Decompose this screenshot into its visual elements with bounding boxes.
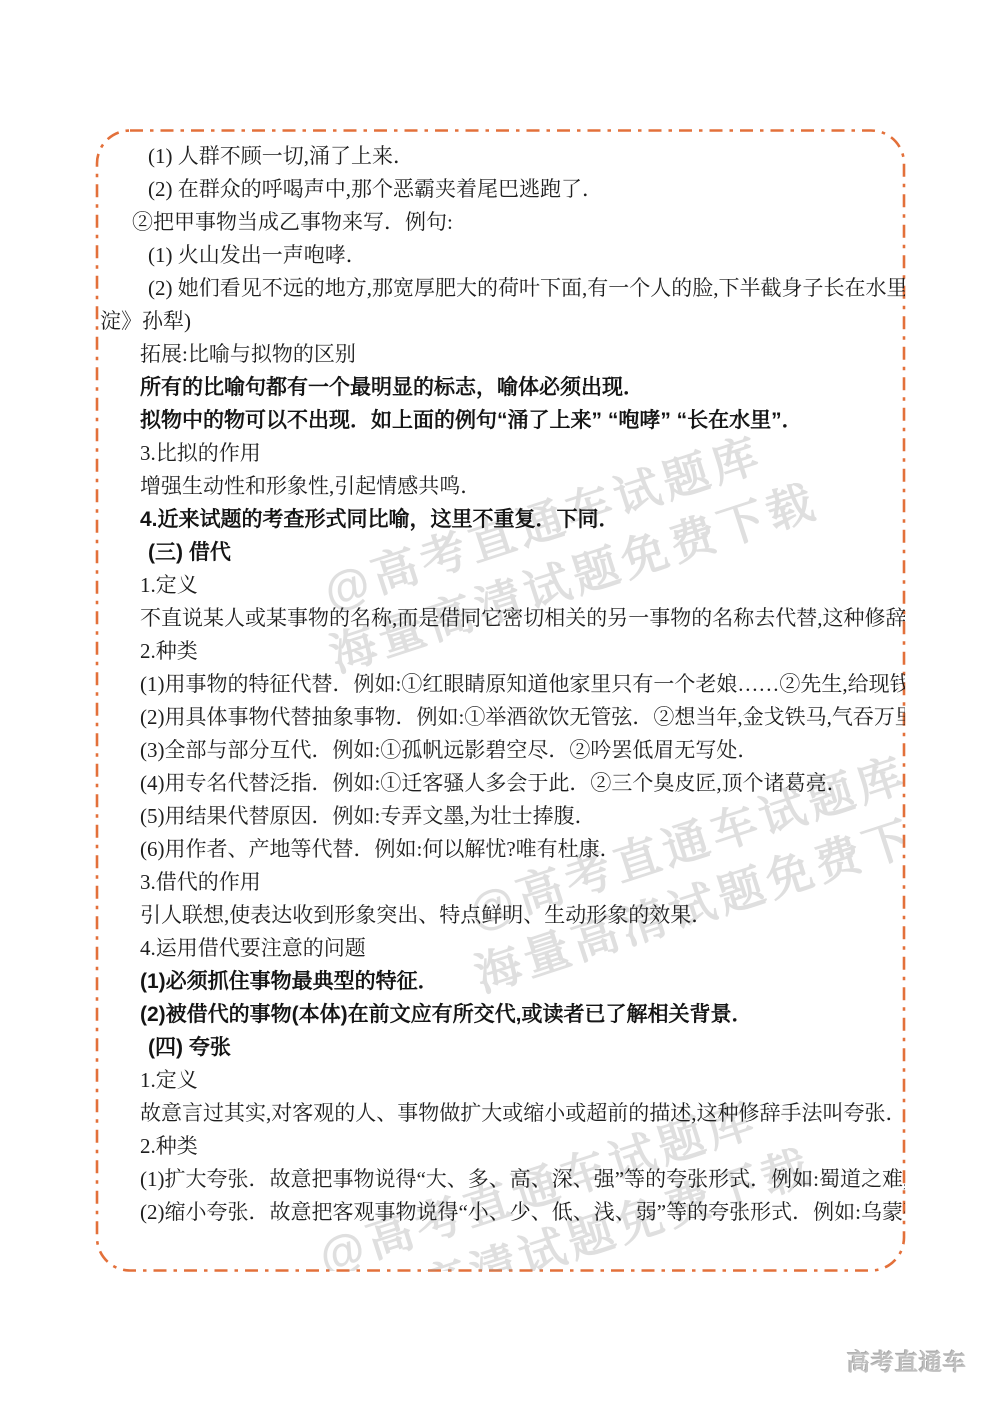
text-line: 3.借代的作用 [96,866,905,899]
text-line: ②把甲事物当成乙事物来写．例句: [96,206,905,239]
text-line: (1) 人群不顾一切,涌了上来． [96,140,905,173]
text-line: (1)扩大夸张．故意把事物说得“大、多、高、深、强”等的夸张形式．例如:蜀道之难… [96,1163,905,1196]
text-line: (5)用结果代替原因．例如:专弄文墨,为壮士捧腹． [96,800,905,833]
text-line: (2)用具体事物代替抽象事物．例如:①举酒欲饮无管弦．②想当年,金戈铁马,气吞万… [96,701,905,734]
content-area: @高考直通车试题库 海量高清试题免费下载 @高考直通车试题库 海量高清试题免费下… [96,129,905,1271]
text-line: (三) 借代 [96,536,905,569]
text-line: (4)用专名代替泛指．例如:①迁客骚人多会于此．②三个臭皮匠,顶个诸葛亮． [96,767,905,800]
text-line: 1.定义 [96,569,905,602]
text-line: (1)必须抓住事物最典型的特征． [96,965,905,998]
brand-logo: 高考直通车 [847,1344,967,1377]
text-line: (3)全部与部分互代．例如:①孤帆远影碧空尽．②吟罢低眉无写处． [96,734,905,767]
text-line: 4.近来试题的考查形式同比喻，这里不重复．下同． [96,503,905,536]
text-line: 4.运用借代要注意的问题 [96,932,905,965]
text-line: (1)用事物的特征代替．例如:①红眼睛原知道他家里只有一个老娘……②先生,给现钱… [96,668,905,701]
text-line: 1.定义 [96,1064,905,1097]
document-text: (1) 人群不顾一切,涌了上来．(2) 在群众的呼喝声中,那个恶霸夹着尾巴逃跑了… [96,129,905,1271]
text-line: 2.种类 [96,1130,905,1163]
text-line: (2)缩小夸张．故意把客观事物说得“小、少、低、浅、弱”等的夸张形式．例如:乌蒙… [96,1196,905,1229]
text-line: 引人联想,使表达收到形象突出、特点鲜明、生动形象的效果． [96,899,905,932]
text-line: 增强生动性和形象性,引起情感共鸣． [96,470,905,503]
text-line: 拟物中的物可以不出现．如上面的例句“涌了上来” “咆哮” “长在水里”． [96,404,905,437]
text-line: 所有的比喻句都有一个最明显的标志，喻体必须出现． [96,371,905,404]
text-line: 3.比拟的作用 [96,437,905,470]
text-line: (四) 夸张 [96,1031,905,1064]
text-line: 淀》孙犁) [96,305,905,338]
text-line: (1) 火山发出一声咆哮． [96,239,905,272]
text-line: 拓展:比喻与拟物的区别 [96,338,905,371]
text-line: 2.种类 [96,635,905,668]
text-line: 故意言过其实,对客观的人、事物做扩大或缩小或超前的描述,这种修辞手法叫夸张． [96,1097,905,1130]
text-line: (2)被借代的事物(本体)在前文应有所交代,或读者已了解相关背景． [96,998,905,1031]
text-line: (6)用作者、产地等代替．例如:何以解忧?唯有杜康． [96,833,905,866]
document-page: @高考直通车试题库 海量高清试题免费下载 @高考直通车试题库 海量高清试题免费下… [0,0,992,1403]
text-line: (2) 她们看见不远的地方,那宽厚肥大的荷叶下面,有一个人的脸,下半截身子长在水… [96,272,905,305]
text-line: (2) 在群众的呼喝声中,那个恶霸夹着尾巴逃跑了． [96,173,905,206]
text-line: 不直说某人或某事物的名称,而是借同它密切相关的另一事物的名称去代替,这种修辞手法… [96,602,905,635]
